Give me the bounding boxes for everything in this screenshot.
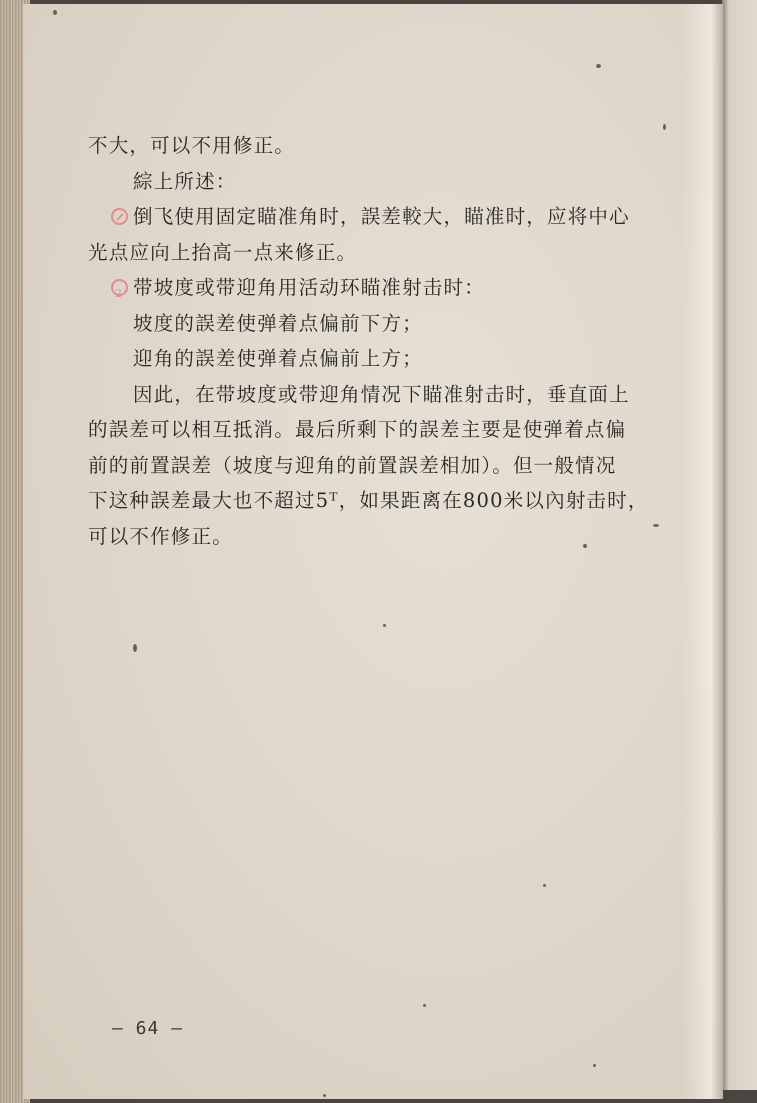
text-line: 不大，可以不用修正。 <box>88 128 680 164</box>
line-text: 綜上所述： <box>133 170 237 193</box>
line-text: 带坡度或带迎角用活动环瞄准射击时： <box>133 276 485 299</box>
text-line: 光点应向上抬高一点来修正。 <box>88 235 680 271</box>
text-line: 带坡度或带迎角用活动环瞄准射击时： <box>88 270 680 306</box>
annotation-mark-icon <box>111 279 128 296</box>
body-text: 不大，可以不用修正。 綜上所述： 倒飞使用固定瞄准角时，誤差較大，瞄准时，应将中… <box>88 128 680 554</box>
text-line: 倒飞使用固定瞄准角时，誤差較大，瞄准时，应将中心 <box>88 199 680 235</box>
line-text: 下这种誤差最大也不超过5ᵀ，如果距离在800米以內射击时， <box>88 489 649 512</box>
next-page-edge <box>722 0 757 1090</box>
line-text: 的誤差可以相互抵消。最后所剩下的誤差主要是使弹着点偏 <box>88 418 626 441</box>
text-line: 前的前置誤差（坡度与迎角的前置誤差相加）。但一般情况 <box>88 448 680 484</box>
line-text: 光点应向上抬高一点来修正。 <box>88 241 357 264</box>
line-text: 前的前置誤差（坡度与迎角的前置誤差相加）。但一般情况 <box>88 454 616 477</box>
summary-heading: 綜上所述： <box>88 164 680 200</box>
text-line: 因此，在带坡度或带迎角情况下瞄准射击时，垂直面上 <box>88 377 680 413</box>
text-line: 可以不作修正。 <box>88 519 680 555</box>
page-number: — 64 — <box>112 1018 183 1039</box>
line-text: 迎角的誤差使弹着点偏前上方； <box>133 347 423 370</box>
text-line: 迎角的誤差使弹着点偏前上方； <box>88 341 680 377</box>
text-line: 的誤差可以相互抵消。最后所剩下的誤差主要是使弹着点偏 <box>88 412 680 448</box>
line-text: 因此，在带坡度或带迎角情况下瞄准射击时，垂直面上 <box>133 383 630 406</box>
line-text: 可以不作修正。 <box>88 525 233 548</box>
line-text: 倒飞使用固定瞄准角时，誤差較大，瞄准时，应将中心 <box>133 205 630 228</box>
line-text: 不大，可以不用修正。 <box>88 134 295 157</box>
annotation-mark-icon <box>111 208 128 225</box>
text-line: 下这种誤差最大也不超过5ᵀ，如果距离在800米以內射击时， <box>88 483 680 519</box>
text-line: 坡度的誤差使弹着点偏前下方； <box>88 306 680 342</box>
line-text: 坡度的誤差使弹着点偏前下方； <box>133 312 423 335</box>
